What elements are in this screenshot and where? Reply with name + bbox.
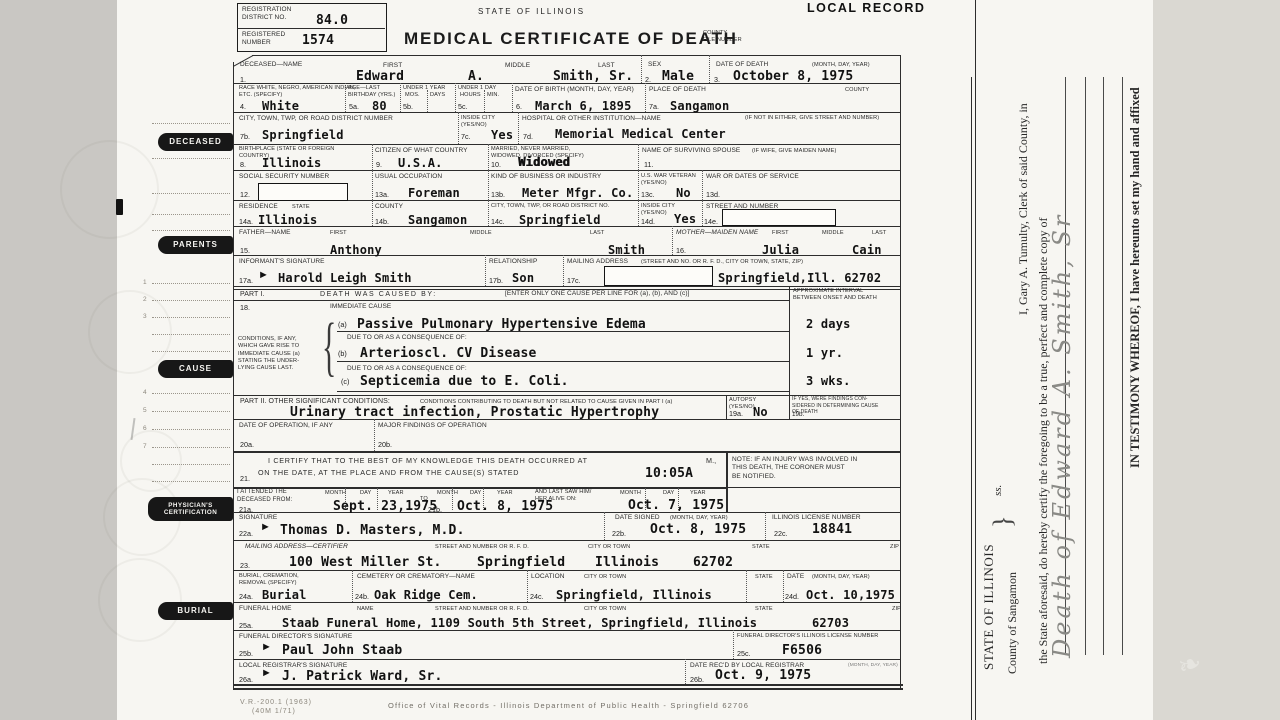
item-number: 7a. <box>649 102 659 111</box>
days-label: DAYS <box>430 92 445 99</box>
cell-divider <box>672 226 673 255</box>
race-label: RACE WHITE, NEGRO, AMERICAN INDIAN, ETC.… <box>239 85 356 100</box>
county-file-number-label: COUNTY FILE NUMBER <box>703 30 742 45</box>
months-label: MOS. <box>405 92 420 99</box>
form-line <box>726 487 901 488</box>
item-number: 25a. <box>239 621 253 630</box>
form-border-right <box>900 55 901 688</box>
location-city-label: CITY OR TOWN <box>584 574 626 581</box>
cell-divider <box>709 55 710 83</box>
cell-divider <box>488 170 489 200</box>
cell-divider <box>641 55 642 83</box>
license-number-value: 18841 <box>812 522 852 537</box>
cause-b-interval-value: 1 yr. <box>806 346 843 360</box>
item-number: 17a. <box>239 276 253 285</box>
cell-divider <box>638 144 639 170</box>
form-bottom-line <box>233 688 903 690</box>
year-label: YEAR <box>388 490 404 497</box>
margin-rule <box>152 351 230 352</box>
cause-b-value: Arterioscl. CV Disease <box>360 346 537 361</box>
signature-arrow-icon: ► <box>261 667 272 679</box>
hospital-value: Memorial Medical Center <box>555 127 726 141</box>
item-number: 9. <box>376 160 382 169</box>
date-of-operation-label: DATE OF OPERATION, IF ANY <box>239 422 333 430</box>
cause-b-letter: (b) <box>338 349 347 358</box>
due-to-label: DUE TO OR AS A CONSEQUENCE OF: <box>347 365 467 373</box>
item-number: 5b. <box>403 102 413 111</box>
deceased-middle-name-value: A. <box>468 69 484 84</box>
cell-divider <box>527 570 528 602</box>
item-number: 17c. <box>567 276 581 285</box>
cell-divider <box>726 395 727 419</box>
item-number: 24d. <box>785 592 799 601</box>
ss-brace: } <box>988 516 1018 528</box>
zip-label: ZIP <box>892 606 901 613</box>
cell-divider <box>746 570 747 602</box>
informant-signature-label: INFORMANT'S SIGNATURE <box>239 258 325 266</box>
margin-rule <box>152 481 230 482</box>
name-middle-label: MIDDLE <box>505 62 530 70</box>
city-label: CITY OR TOWN <box>588 544 630 551</box>
business-value: Meter Mfgr. Co. <box>522 186 633 200</box>
form-line <box>233 602 901 603</box>
attended-from-value: Sept. 23,1975 <box>333 499 437 514</box>
panel-rule <box>975 0 976 720</box>
clerk-certification-line1: I, Gary A. Tumulty, Clerk of said County… <box>1016 103 1031 315</box>
residence-state-value: Illinois <box>258 213 317 227</box>
death-caused-by-label: DEATH WAS CAUSED BY: <box>320 290 437 299</box>
mailing-street-value: 100 West Miller St. <box>289 555 442 570</box>
scan-stain <box>98 558 182 642</box>
cell-divider <box>372 144 373 170</box>
item-number: 14c. <box>491 217 505 226</box>
item-number: 18. <box>240 303 250 312</box>
part2-conditions-value: Urinary tract infection, Prostatic Hyper… <box>290 405 659 420</box>
item-number: 14e. <box>704 217 718 226</box>
funeral-director-license-value: F6506 <box>782 643 822 658</box>
form-line-heavy <box>233 451 901 453</box>
cause-b-rule <box>337 361 789 362</box>
form-line <box>233 300 789 301</box>
item-number: 22b. <box>612 529 626 538</box>
age-value: 80 <box>372 99 387 113</box>
item-number: 5a. <box>349 102 359 111</box>
scan-stain <box>60 140 159 239</box>
item-number: 7c. <box>461 132 471 141</box>
father-last-value: Smith <box>608 243 645 257</box>
registrar-date-format-label: (MONTH, DAY, YEAR) <box>848 663 898 669</box>
margin-rule <box>152 317 230 318</box>
certify-line1: I CERTIFY THAT TO THE BEST OF MY KNOWLED… <box>268 456 588 465</box>
form-line <box>233 570 901 571</box>
registration-district-label: REGISTRATION DISTRICT NO. <box>242 6 291 23</box>
cell-divider <box>645 83 646 112</box>
ssn-redaction-box <box>258 183 348 201</box>
city-town-label: CITY, TOWN, TWP, OR ROAD DISTRICT NUMBER <box>239 115 393 123</box>
enter-one-cause-note: [ENTER ONLY ONE CAUSE PER LINE FOR (a), … <box>505 290 690 298</box>
cause-c-interval-value: 3 wks. <box>806 374 851 388</box>
item-number: 17b. <box>489 276 503 285</box>
marital-status-value: Widowed <box>518 155 570 169</box>
item-number: 7d. <box>523 132 533 141</box>
business-label: KIND OF BUSINESS OR INDUSTRY <box>491 173 601 181</box>
item-number: 13d. <box>706 190 720 199</box>
cell-divider <box>512 83 513 112</box>
surviving-spouse-label: NAME OF SURVIVING SPOUSE <box>642 147 740 155</box>
physician-signature-value: Thomas D. Masters, M.D. <box>280 523 465 538</box>
race-value: White <box>262 99 299 113</box>
immediate-cause-label: IMMEDIATE CAUSE <box>330 303 391 311</box>
war-veteran-value: No <box>676 186 691 200</box>
registered-number-label: REGISTERED NUMBER <box>242 31 285 48</box>
sex-label: SEX <box>648 61 661 69</box>
item-number: 12. <box>240 190 250 199</box>
occupation-value: Foreman <box>408 186 460 200</box>
burial-type-value: Burial <box>262 588 307 602</box>
form-line <box>233 170 901 171</box>
signature-arrow-icon: ► <box>260 521 271 533</box>
city-label: CITY OR TOWN <box>584 606 626 613</box>
day-label: DAY <box>470 490 481 497</box>
margin-rule <box>152 214 230 215</box>
panel-writing-line <box>1122 77 1123 655</box>
page-title: MEDICAL CERTIFICATE OF DEATH <box>404 29 738 49</box>
margin-number: 4 <box>143 389 147 396</box>
cell-divider <box>765 512 766 540</box>
cemetery-label: CEMETERY OR CREMATORY—NAME <box>357 573 475 581</box>
registration-box-divider <box>237 28 385 29</box>
due-to-label: DUE TO OR AS A CONSEQUENCE OF: <box>347 334 467 342</box>
item-number: 25b. <box>239 649 253 658</box>
date-of-birth-value: March 6, 1895 <box>535 99 632 113</box>
ssn-label: SOCIAL SECURITY NUMBER <box>239 173 329 181</box>
registrar-date-received-value: Oct. 9, 1975 <box>715 668 811 683</box>
zip-label: ZIP <box>890 544 899 551</box>
margin-rule <box>152 464 230 465</box>
item-number: 14b. <box>375 217 389 226</box>
form-print-run: (40M 1/71) <box>252 708 296 715</box>
cause-a-value: Passive Pulmonary Hypertensive Edema <box>357 317 646 332</box>
margin-rule <box>152 411 230 412</box>
mailing-city-value: Springfield <box>477 555 565 570</box>
funeral-director-signature-value: Paul John Staab <box>282 643 402 658</box>
item-number: 11. <box>644 160 653 169</box>
item-number: 19a. <box>729 409 743 418</box>
cell-divider <box>638 170 639 200</box>
mailing-zip-value: 62702 <box>693 555 733 570</box>
item-number: 22a. <box>239 529 253 538</box>
date-signed-value: Oct. 8, 1975 <box>650 522 746 537</box>
tab-physicians-certification: PHYSICIAN'S CERTIFICATION <box>148 497 233 521</box>
father-first-label: FIRST <box>330 230 347 237</box>
coroner-note: NOTE: IF AN INJURY WAS INVOLVED IN THIS … <box>732 456 857 481</box>
margin-number: 3 <box>143 313 147 320</box>
margin-rule <box>152 334 230 335</box>
item-number: 7b. <box>240 132 250 141</box>
war-dates-label: WAR OR DATES OF SERVICE <box>706 173 799 181</box>
physician-signature-label: SIGNATURE <box>239 514 277 522</box>
relationship-value: Son <box>512 271 534 285</box>
margin-rule <box>152 300 230 301</box>
cell-divider <box>733 630 734 659</box>
form-number: V.R.-200.1 (1963) <box>240 699 312 706</box>
father-middle-label: MIDDLE <box>470 230 492 237</box>
mailing-state-value: Illinois <box>595 555 659 570</box>
signature-arrow-icon: ► <box>261 641 272 653</box>
state-heading: STATE OF ILLINOIS <box>478 7 585 16</box>
time-of-death-value: 10:05A <box>645 466 693 481</box>
form-line <box>233 630 901 631</box>
cell-divider <box>488 200 489 226</box>
residence-county-label: COUNTY <box>375 203 403 211</box>
certify-line2: ON THE DATE, AT THE PLACE AND FROM THE C… <box>258 468 519 477</box>
cemetery-value: Oak Ridge Cem. <box>374 588 478 602</box>
if-not-either-note: (IF NOT IN EITHER, GIVE STREET AND NUMBE… <box>745 115 879 122</box>
street-redaction-box <box>722 209 836 226</box>
item-number: 16. <box>676 246 686 255</box>
month-label: MONTH <box>325 490 346 497</box>
testimony-line: IN TESTIMONY WHEREOF, I have hereunto se… <box>1128 87 1143 468</box>
inside-city-value: Yes <box>491 128 513 142</box>
footer-office-line: Office of Vital Records - Illinois Depar… <box>388 701 749 710</box>
tab-parents: PARENTS <box>158 236 233 254</box>
place-of-death-value: Sangamon <box>670 99 729 113</box>
mailing-certifier-label: MAILING ADDRESS—CERTIFIER <box>245 543 348 551</box>
note-box-divider <box>726 451 728 512</box>
citizen-label: CITIZEN OF WHAT COUNTRY <box>375 147 468 155</box>
hospital-label: HOSPITAL OR OTHER INSTITUTION—NAME <box>522 115 661 123</box>
registered-number-value: 1574 <box>302 33 334 48</box>
location-value: Springfield, Illinois <box>556 588 712 602</box>
item-number: 21. <box>240 474 250 483</box>
tab-cause: CAUSE <box>158 360 233 378</box>
item-number: 26a. <box>239 675 253 684</box>
item-number: 20a. <box>240 440 254 449</box>
item-number: 24c. <box>530 592 544 601</box>
scan-edge-mark <box>116 199 123 215</box>
cell-divider <box>372 170 373 200</box>
handwritten-record-entry: Death of Edward A. Smith, Sr <box>1048 213 1076 658</box>
mother-last-label: LAST <box>872 230 886 237</box>
scan-stain <box>88 290 172 374</box>
mother-maiden-name-label: MOTHER—MAIDEN NAME <box>676 229 758 237</box>
approximate-interval-label: APPROXIMATE INTERVAL BETWEEN ONSET AND D… <box>793 288 877 303</box>
registration-district-value: 84.0 <box>316 13 348 28</box>
conditions-note: CONDITIONS, IF ANY, WHICH GAVE RISE TO I… <box>238 336 300 372</box>
conditions-brace: { <box>322 314 336 380</box>
last-saw-alive-value: Oct. 7, 1975 <box>628 498 724 513</box>
cell-divider <box>484 90 485 112</box>
item-number: 24b. <box>355 592 369 601</box>
residence-city-label: CITY, TOWN, TWP, OR ROAD DISTRICT NO. <box>491 203 609 210</box>
part1-label: PART I. <box>240 290 264 299</box>
item-number: 6. <box>516 102 522 111</box>
margin-rule <box>152 393 230 394</box>
month-label: MONTH <box>620 490 641 497</box>
funeral-director-license-label: FUNERAL DIRECTOR'S ILLINOIS LICENSE NUMB… <box>737 633 878 640</box>
state-label: STATE <box>752 544 770 551</box>
street-label: STREET AND NUMBER OR R. F. D. <box>435 544 529 551</box>
margin-rule <box>152 123 230 124</box>
cell-divider <box>485 255 486 286</box>
burial-type-label: BURIAL, CREMATION, REMOVAL (SPECIFY) <box>239 573 299 588</box>
attended-label: I ATTENDED THE DECEASED FROM: <box>237 489 292 505</box>
funeral-director-signature-label: FUNERAL DIRECTOR'S SIGNATURE <box>239 633 352 641</box>
form-line <box>233 540 901 541</box>
margin-rule <box>152 193 230 194</box>
cell-divider <box>455 83 456 112</box>
margin-number: 1 <box>143 279 147 286</box>
cause-c-letter: (c) <box>341 377 349 386</box>
mother-last-value: Cain <box>852 243 882 257</box>
burial-date-value: Oct. 10,1975 <box>806 588 895 602</box>
funeral-home-zip-value: 62703 <box>812 616 849 630</box>
major-findings-label: MAJOR FINDINGS OF OPERATION <box>378 422 487 430</box>
minutes-label: MIN. <box>487 92 499 99</box>
cell-divider <box>400 83 401 112</box>
inside-city-label: INSIDE CITY (YES/NO) <box>461 115 495 130</box>
item-number: 22c. <box>774 529 788 538</box>
residence-label: RESIDENCE <box>239 203 278 211</box>
citizen-value: U.S.A. <box>398 156 443 170</box>
item-number: 26b. <box>690 675 704 684</box>
cell-divider <box>458 112 459 144</box>
cell-divider <box>427 90 428 112</box>
attended-to-value: Oct. 8, 1975 <box>457 499 553 514</box>
state-label: STATE <box>755 606 773 613</box>
margin-rule <box>152 158 230 159</box>
cell-divider <box>372 200 373 226</box>
mother-middle-label: MIDDLE <box>822 230 844 237</box>
date-of-death-value: October 8, 1975 <box>733 69 853 84</box>
ss-label: ss. <box>992 485 1004 496</box>
cell-divider <box>352 570 353 602</box>
cause-c-value: Septicemia due to E. Coli. <box>360 374 569 389</box>
signature-arrow-icon: ► <box>258 269 269 281</box>
informant-signature-value: Harold Leigh Smith <box>278 271 412 285</box>
day-label: DAY <box>663 490 674 497</box>
residence-state-label: STATE <box>292 204 310 211</box>
margin-rule <box>152 447 230 448</box>
birthplace-value: Illinois <box>262 156 321 170</box>
cell-divider <box>604 512 605 540</box>
burial-date-label: DATE <box>787 573 804 581</box>
am-pm-label: M., <box>706 456 716 465</box>
cause-a-interval-value: 2 days <box>806 317 851 331</box>
item-number: 8. <box>240 160 246 169</box>
form-border-left <box>233 62 234 688</box>
cell-divider <box>374 419 375 451</box>
cell-divider <box>518 112 519 144</box>
location-label: LOCATION <box>531 573 565 581</box>
item-number: 10. <box>491 160 501 169</box>
cell-divider <box>702 200 703 226</box>
item-number: 21a. <box>239 505 253 514</box>
scanned-death-certificate: ❧ 1 2 3 4 5 6 7 DECEASED PARENTS CAUSE P… <box>0 0 1280 720</box>
local-registrar-signature-value: J. Patrick Ward, Sr. <box>282 669 443 684</box>
form-bottom-line <box>233 684 903 686</box>
panel-state-label: STATE OF ILLINOIS <box>981 544 997 670</box>
hours-label: HOURS <box>460 92 481 99</box>
cause-c-rule <box>337 391 789 392</box>
year-label: YEAR <box>690 490 706 497</box>
item-number: 24a. <box>239 592 253 601</box>
form-line <box>252 55 901 56</box>
item-number: 13a. <box>375 190 389 199</box>
panel-writing-line <box>1103 77 1104 655</box>
spouse-maiden-note: (IF WIFE, GIVE MAIDEN NAME) <box>752 148 836 155</box>
month-label: MONTH <box>437 490 458 497</box>
cell-divider <box>783 570 784 602</box>
tab-deceased: DECEASED <box>158 133 233 151</box>
margin-number: 6 <box>143 425 147 432</box>
occupation-label: USUAL OCCUPATION <box>375 173 442 181</box>
residence-city-value: Springfield <box>519 213 601 227</box>
name-label: NAME <box>357 606 374 613</box>
burial-date-format-label: (MONTH, DAY, YEAR) <box>812 574 870 581</box>
item-number: 5c. <box>458 102 468 111</box>
item-number: 14a. <box>239 217 253 226</box>
deceased-first-name-value: Edward <box>356 69 404 84</box>
cell-divider <box>488 144 489 170</box>
cell-divider <box>685 659 686 684</box>
cell-divider <box>638 200 639 226</box>
cell-divider <box>702 170 703 200</box>
deceased-last-name-value: Smith, Sr. <box>553 69 633 84</box>
margin-rule <box>152 230 230 231</box>
item-number: 25c. <box>737 649 751 658</box>
margin-number: 5 <box>143 407 147 414</box>
panel-county-label: County of Sangamon <box>1005 572 1020 674</box>
form-line <box>233 659 901 660</box>
deceased-name-label: DECEASED—NAME <box>240 61 302 69</box>
sex-value: Male <box>662 69 694 84</box>
mother-first-label: FIRST <box>772 230 789 237</box>
local-record-heading: LOCAL RECORD <box>807 1 925 15</box>
age-label: AGE—LAST BIRTHDAY (YRS.) <box>348 85 396 100</box>
cause-a-letter: (a) <box>338 320 347 329</box>
relationship-label: RELATIONSHIP <box>489 258 537 266</box>
residence-county-value: Sangamon <box>408 213 467 227</box>
informant-address-value: Springfield,Ill. 62702 <box>718 271 881 285</box>
item-number: 19b. <box>792 411 804 418</box>
residence-inside-city-value: Yes <box>674 212 696 226</box>
day-label: DAY <box>360 490 371 497</box>
residence-inside-city-label: INSIDE CITY (YES/NO) <box>641 203 675 218</box>
scan-margin-right <box>1153 0 1280 720</box>
father-last-label: LAST <box>590 230 604 237</box>
cell-divider <box>563 255 564 286</box>
item-number: 1. <box>240 75 246 84</box>
year-label: YEAR <box>497 490 513 497</box>
item-number: 4. <box>240 102 246 111</box>
form-line-heavy <box>233 487 726 489</box>
cell-divider <box>789 395 790 419</box>
father-first-value: Anthony <box>330 243 382 257</box>
margin-rule <box>152 283 230 284</box>
margin-number: 7 <box>143 443 147 450</box>
street-label: STREET AND NUMBER OR R. F. D. <box>435 606 529 613</box>
panel-writing-line <box>1085 77 1086 655</box>
interval-column-divider <box>789 286 790 395</box>
funeral-home-label: FUNERAL HOME <box>239 605 292 613</box>
date-of-birth-label: DATE OF BIRTH (MONTH, DAY, YEAR) <box>515 86 634 94</box>
findings-considered-label: IF YES, WERE FINDINGS CON- SIDERED IN DE… <box>792 396 878 416</box>
item-number: 20b. <box>378 440 392 449</box>
place-of-death-label: PLACE OF DEATH <box>649 86 706 94</box>
cell-divider <box>452 488 453 510</box>
city-value: Springfield <box>262 128 344 142</box>
